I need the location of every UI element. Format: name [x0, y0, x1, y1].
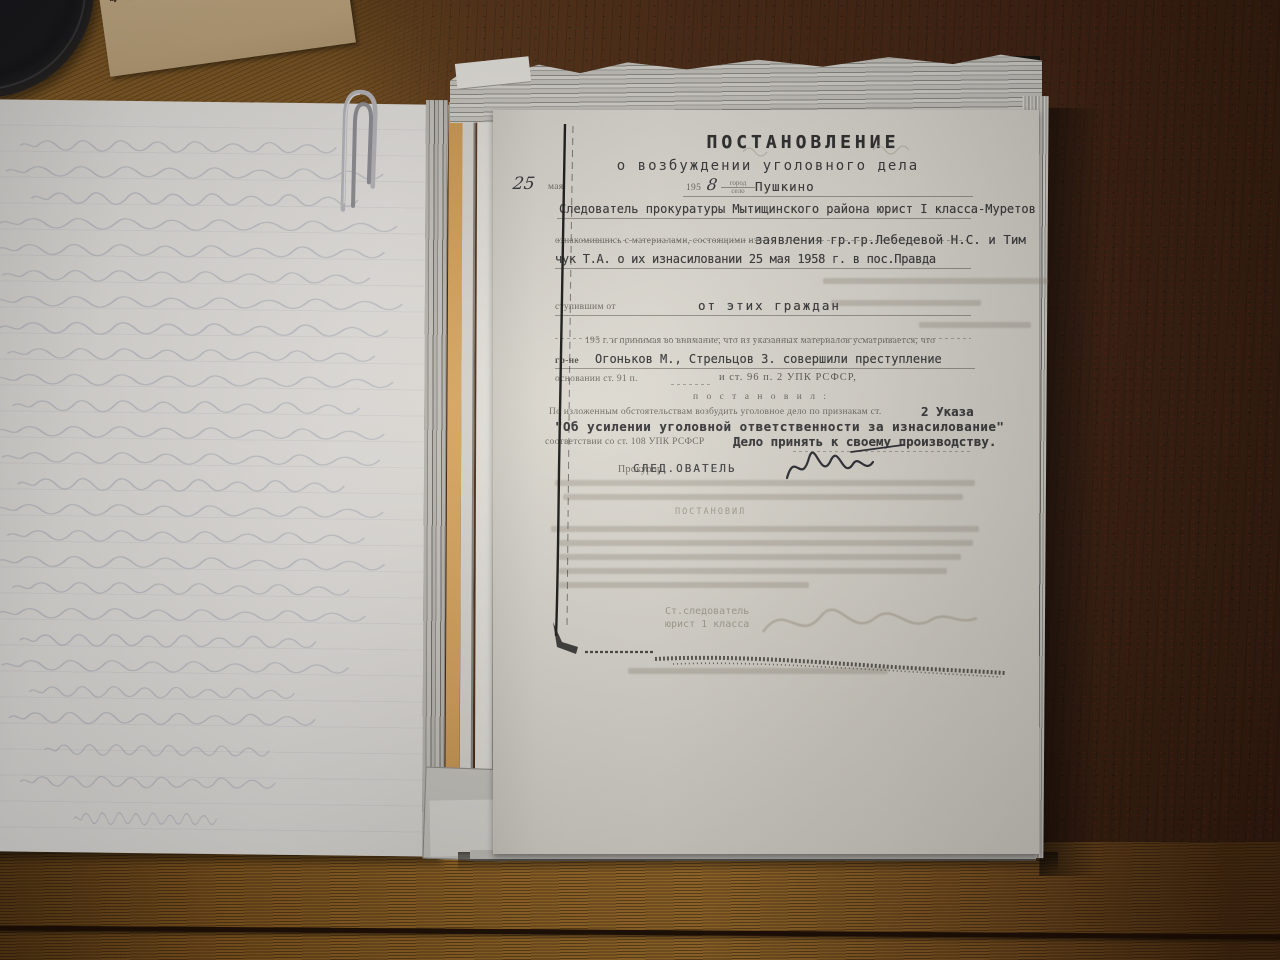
resolution-document-page: ПОСТАНОВЛЕНИЕ о возбуждении уголовного д… [493, 110, 1039, 854]
paper-clip [329, 83, 390, 215]
under-page-bottom-corner [430, 799, 503, 856]
stack-shadow [1039, 108, 1102, 876]
photo-scene: 63-й матч за сбор— проводил Олег Блохин.… [0, 0, 1280, 960]
folder-left-stack-edge [422, 100, 448, 856]
photocopy-artifact [493, 110, 1039, 854]
newspaper-line: просто, особенно в начале мат… Д… [109, 0, 228, 4]
